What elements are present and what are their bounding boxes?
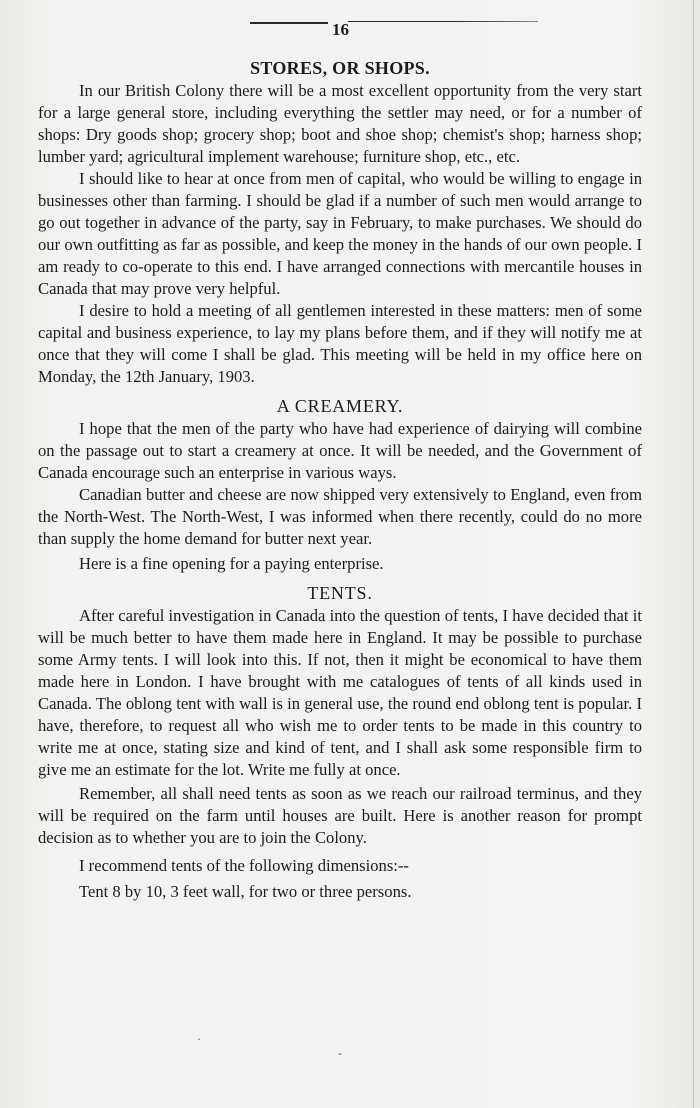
document-page: 16 STORES, OR SHOPS. In our British Colo… (0, 0, 700, 1108)
section-creamery: A CREAMERY. I hope that the men of the p… (38, 394, 642, 575)
paragraph: Tent 8 by 10, 3 feet wall, for two or th… (38, 881, 642, 903)
paragraph: Canadian butter and cheese are now shipp… (38, 484, 642, 550)
section-tents: TENTS. After careful investigation in Ca… (38, 581, 642, 903)
paragraph: I recommend tents of the following dimen… (38, 855, 642, 877)
paragraph: After careful investigation in Canada in… (38, 605, 642, 781)
header-rule-right (348, 21, 538, 22)
paragraph: I desire to hold a meeting of all gentle… (38, 300, 642, 388)
paragraph: Here is a fine opening for a paying ente… (38, 553, 642, 575)
header-rule-left (250, 22, 328, 24)
page-header: 16 (250, 14, 540, 44)
page-content: STORES, OR SHOPS. In our British Colony … (38, 56, 642, 903)
page-number: 16 (332, 20, 349, 40)
ink-speck: - (338, 1046, 342, 1061)
paragraph: In our British Colony there will be a mo… (38, 80, 642, 168)
ink-speck: · (197, 1032, 201, 1047)
section-heading: A CREAMERY. (38, 394, 642, 418)
section-stores: STORES, OR SHOPS. In our British Colony … (38, 56, 642, 388)
paragraph: I should like to hear at once from men o… (38, 168, 642, 300)
paragraph: Remember, all shall need tents as soon a… (38, 783, 642, 849)
paragraph: I hope that the men of the party who hav… (38, 418, 642, 484)
page-edge (693, 0, 694, 1108)
section-heading: TENTS. (38, 581, 642, 605)
section-heading: STORES, OR SHOPS. (38, 56, 642, 80)
